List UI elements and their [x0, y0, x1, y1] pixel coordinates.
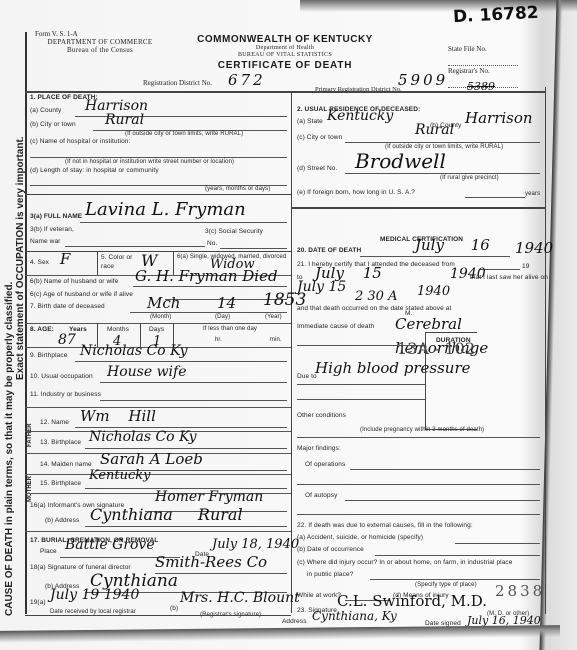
veteran-war-label: Name war [30, 238, 60, 245]
city-note: (If outside city or town limits, write R… [125, 131, 243, 137]
date-of-death-year: 1940 [515, 239, 553, 257]
section-rule-1 [25, 194, 291, 195]
birthplace: Nicholas Co Ky [80, 343, 188, 359]
res-city: Rural [415, 122, 454, 138]
physician-address: Cynthiana, Ky [312, 609, 397, 623]
certificate-title: CERTIFICATE OF DEATH [175, 60, 395, 71]
title-block: COMMONWEALTH OF KENTUCKY Department of H… [175, 34, 395, 71]
full-name: Lavina L. Fryman [85, 199, 246, 220]
physician-signature: C.L. Swinford, M.D. [337, 592, 487, 610]
less-than-day: If less than one day [203, 326, 257, 332]
section-rule-2 [291, 207, 545, 209]
sex-label: 4. Sex [30, 259, 49, 266]
registration-district: Registration District No. [143, 79, 212, 87]
operations-line [350, 469, 540, 470]
date-of-death: July 16 [415, 236, 490, 254]
registration-district-label: Registration District No. [143, 79, 212, 87]
dept-line-1: DEPARTMENT OF COMMERCE [35, 38, 165, 46]
findings-rule [297, 437, 540, 438]
sex-value: F [60, 250, 70, 268]
due-line [297, 384, 425, 385]
registrar-label: (b) [170, 605, 178, 612]
hospital-note: (If not in hospital or institution write… [65, 159, 234, 165]
date-of-death-label: 20. DATE OF DEATH [297, 247, 361, 254]
informant-address-line [85, 526, 287, 527]
spouse-line [133, 286, 287, 287]
res-foreign-suffix: years [525, 191, 540, 197]
informant-signature: Homer Fryman [155, 489, 263, 505]
physician-address-label: Address [282, 618, 307, 625]
director-label: 18(a) Signature of funeral director [30, 564, 131, 571]
death-certificate: Form V. S. 1-A DEPARTMENT OF COMMERCE Bu… [25, 27, 550, 617]
mother-birthplace-label: 15. Birthplace [40, 480, 81, 487]
attend-from-line [480, 269, 520, 270]
attend-19: 19 [522, 263, 529, 270]
father-birthplace-label: 13. Birthplace [40, 439, 81, 446]
public-line [370, 579, 540, 580]
margin-instructions: CAUSE OF DEATH in plain terms, so that i… [2, 20, 26, 610]
title-sub-1: Department of Health [175, 45, 395, 52]
accident-line [455, 543, 540, 544]
mother-maiden-label: 14. Maiden name [40, 461, 92, 468]
cause-label: Immediate cause of death [297, 323, 374, 330]
occurrence-line [375, 555, 540, 556]
other-conditions-note: (Include pregnancy within 3 months of de… [360, 427, 484, 433]
death-city: Rural [105, 112, 144, 128]
father-birthplace-line [85, 448, 287, 449]
operations-label: Of operations [305, 461, 345, 468]
res-street-line [345, 173, 540, 174]
father-birthplace: Nicholas Co Ky [89, 429, 197, 445]
min-label: min. [270, 337, 282, 343]
year-caption: (Year) [265, 314, 282, 320]
other-conditions-label: Other conditions [297, 412, 346, 419]
res-county: Harrison [465, 109, 533, 127]
mother-birthplace: Kentucky [89, 468, 151, 483]
res-city-label: (c) City or town [297, 134, 342, 141]
age-months-label: Months [107, 326, 129, 333]
received-date: July 19 1940 [50, 587, 139, 603]
father-name: Wm Hill [80, 407, 156, 425]
father-side-label: FATHER [27, 423, 33, 447]
frame-right [545, 87, 546, 614]
city-label: (b) City or town [30, 121, 76, 128]
burial-place-label: Place [40, 548, 57, 555]
bottom-rule [25, 615, 291, 616]
father-name-line [75, 427, 287, 428]
full-name-label: 3(a) FULL NAME [30, 213, 82, 220]
findings-label: Major findings: [297, 445, 341, 452]
length-note: (years, months or days) [205, 186, 270, 192]
header-rule [25, 91, 545, 93]
res-city-line [345, 142, 540, 143]
informant-address-label: (b) Address [45, 517, 79, 524]
county-label: (a) County [30, 107, 61, 114]
death-time: 2 30 A [355, 289, 397, 304]
res-street: Brodwell [355, 149, 446, 173]
res-street-label: (d) Street No. [297, 165, 337, 172]
occupation-line [100, 382, 287, 383]
means-mark: 2838 [495, 582, 545, 600]
hr-label: hr. [215, 337, 222, 343]
industry-label: 11. Industry or business [30, 391, 101, 398]
spouse-label: 6(b) Name of husband or wife [30, 278, 118, 285]
res-foreign-line [465, 197, 525, 198]
hospital-line [30, 157, 287, 158]
full-name-line [80, 222, 287, 223]
length-label: (d) Length of stay: in hospital or commu… [30, 167, 159, 174]
res-state: Kentucky [327, 108, 393, 124]
margin-line-1: CAUSE OF DEATH in plain terms, so that i… [4, 282, 15, 616]
age-label: 8. AGE: [30, 326, 54, 333]
age-years: 87 [58, 332, 76, 348]
rule-mother-2 [25, 474, 291, 475]
birth-day: 14 [217, 294, 236, 312]
dept-line-2: Bureau of the Census [35, 46, 165, 54]
month-caption: (Month) [150, 314, 171, 320]
spouse-value: G. H. Fryman Died [135, 267, 278, 285]
page-title: COMMONWEALTH OF KENTUCKY [175, 34, 395, 45]
birthplace-line [75, 361, 287, 362]
due-to-label: Due to [297, 373, 317, 380]
last-saw-year: 1940 [417, 284, 450, 299]
work-label: While at work? [297, 592, 341, 599]
veteran-label: 3(b) If veteran, [30, 226, 74, 233]
handwritten-number: 5909 [398, 71, 448, 89]
last-saw: July 15 [297, 279, 346, 295]
received-label: 19(a) [30, 599, 46, 606]
spouse-age-label: 6(c) Age of husband or wife if alive [30, 291, 133, 298]
occurrence-label: (b) Date of occurrence [297, 546, 364, 553]
form-number: Form V. S. 1-A [35, 30, 78, 38]
accident-label: (a) Accident, suicide, or homicide (spec… [297, 534, 423, 541]
code-mark: 13A - 102 [397, 339, 475, 358]
state-file-label: State File No. [448, 45, 487, 53]
birth-date-label: 7. Birth date of deceased [30, 303, 105, 310]
burial-place: Battle Grove [65, 537, 155, 553]
funeral-director: Smith-Rees Co [155, 553, 267, 571]
rule-burial [25, 531, 291, 532]
divider-sex [97, 251, 98, 275]
state-file-block: State File No. Registrar's No. [448, 44, 550, 88]
industry-line [100, 400, 287, 401]
birth-month: Mch [147, 294, 180, 312]
res-state-label: (a) State [297, 118, 323, 125]
father-name-label: 12. Name [40, 419, 69, 426]
informant-address: Cynthiana Rural [90, 505, 243, 524]
autopsy-line-2 [297, 514, 540, 515]
date-of-death-line [360, 256, 510, 257]
external-label: 22. If death was due to external causes,… [297, 522, 473, 529]
res-street-note: (If rural give precinct) [440, 175, 499, 181]
place-type-note: (Specify type of place) [415, 582, 477, 588]
due-line-2 [297, 399, 425, 400]
registration-district-value: 672 [228, 71, 266, 89]
registrar-signature: Mrs. H.C. Blount [180, 590, 300, 606]
occupation-label: 10. Usual occupation [30, 373, 93, 380]
autopsy-label: Of autopsy [305, 492, 337, 499]
veteran-war-line [65, 246, 205, 247]
due-to: High blood pressure [315, 359, 471, 377]
mother-side-label: MOTHER [27, 476, 33, 502]
ss-no-line [220, 248, 287, 249]
rule-parents [25, 407, 291, 408]
burial-date: July 18, 1940 [212, 537, 299, 552]
last-saw-label: that I last saw her alive on [470, 274, 548, 281]
department: DEPARTMENT OF COMMERCE Bureau of the Cen… [35, 38, 165, 54]
occupation: House wife [107, 364, 187, 380]
birth-date-line [130, 312, 287, 313]
hospital-label: (c) Name of hospital or institution: [30, 138, 130, 145]
autopsy-line [345, 500, 540, 501]
operations-line-2 [297, 484, 540, 485]
where-label: (c) Where did injury occur? In or about … [297, 559, 513, 566]
day-caption: (Day) [215, 314, 230, 320]
ss-label: 3(c) Social Security [205, 228, 263, 235]
public-label: in public place? [307, 571, 353, 578]
birthplace-label: 9. Birthplace [30, 352, 67, 359]
title-sub-2: BUREAU OF VITAL STATISTICS [175, 52, 395, 59]
column-divider [291, 93, 292, 613]
res-foreign-label: (e) If foreign born, how long in U. S. A… [297, 189, 415, 196]
age-days-label: Days [149, 326, 164, 333]
mother-maiden: Sarah A Loeb [100, 450, 203, 468]
rule-age [25, 323, 291, 324]
ss-no-label: No. [207, 240, 217, 247]
registrar-no-label: Registrar's No. [448, 67, 490, 75]
